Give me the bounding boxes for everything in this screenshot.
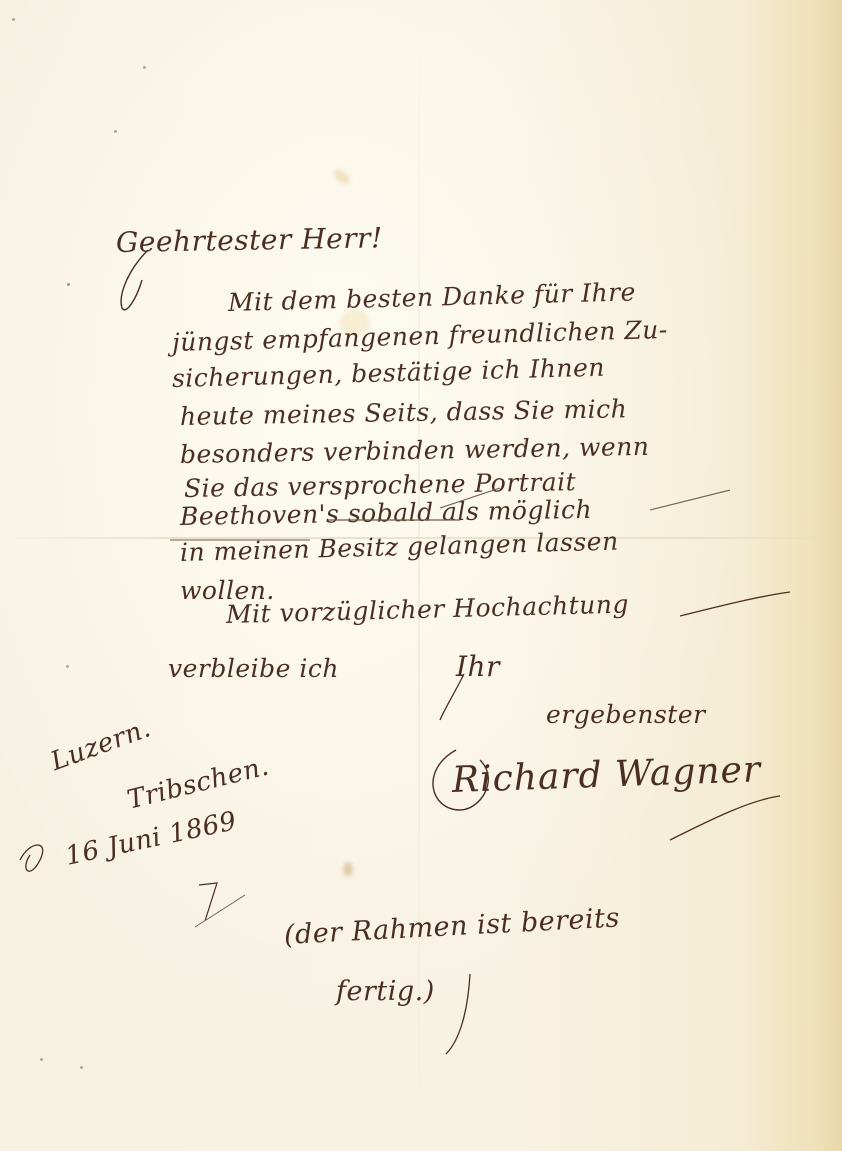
place-line: Tribschen. [124,751,272,815]
body-line: Beethoven's sobald als möglich [180,495,593,531]
paper-speck [67,283,70,286]
closing-ergebenster: ergebenster [546,700,706,729]
date-mark [195,875,255,935]
closing-ihr: Ihr [456,650,500,683]
date: 16 Juni 1869 [63,806,239,872]
paper-speck [143,66,146,69]
postscript-line: fertig.) [336,976,435,1007]
paper-speck [80,1066,83,1069]
paper-speck [66,665,69,668]
postscript-flourish [440,970,480,1060]
place-line: Luzern. [47,713,155,777]
paper-stain [343,862,353,876]
body-line: heute meines Seits, dass Sie mich [180,394,628,431]
body-line: in meinen Besitz gelangen lassen [180,527,619,567]
paper-speck [40,1058,43,1061]
paper-stain [332,168,352,187]
postscript-line: (der Rahmen ist bereits [283,902,620,951]
body-line: Mit dem besten Danke für Ihre [228,277,637,317]
letter-page: Geehrtester Herr! Mit dem besten Danke f… [0,0,842,1151]
closing-line: verbleibe ich [168,654,339,683]
body-line: besonders verbinden werden, wenn [180,432,650,469]
salutation: Geehrtester Herr! [116,221,383,259]
paper-speck [12,18,15,21]
paper-speck [114,130,117,133]
closing-line: Mit vorzüglicher Hochachtung [226,589,630,629]
closing-flourish [680,586,800,636]
signature: Richard Wagner [451,749,761,801]
body-line: sicherungen, bestätige ich Ihnen [172,353,606,393]
